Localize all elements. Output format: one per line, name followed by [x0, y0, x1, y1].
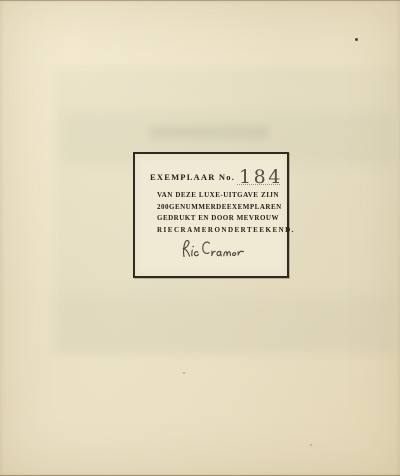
colophon-word: ONDERTEEKEND. [214, 226, 295, 238]
colophon-word: RIE [157, 226, 174, 238]
rie-cramer-signature [176, 237, 244, 263]
paper-speck [310, 444, 312, 446]
colophon-word: 200 [157, 203, 169, 215]
colophon-line: GEDRUKTENDOORMEVROUW [157, 214, 279, 226]
colophon-word: MEVROUW [237, 214, 279, 226]
number-dotted-line: 184 [237, 160, 280, 185]
scanned-book-page: EXEMPLAAR No. 184 VANDEZELUXE-UITGAVEZIJ… [0, 0, 400, 476]
colophon-word: EN [198, 214, 209, 226]
copy-number-stamp: 184 [239, 166, 283, 188]
colophon-box: EXEMPLAAR No. 184 VANDEZELUXE-UITGAVEZIJ… [133, 152, 289, 278]
colophon-text: VANDEZELUXE-UITGAVEZIJN200GENUMMERDEEXEM… [157, 191, 279, 237]
colophon-word: LUXE-UITGAVE [199, 191, 259, 203]
exemplaar-label: EXEMPLAAR No. [150, 172, 235, 185]
colophon-word: GEDRUKT [157, 214, 196, 226]
colophon-word: CRAMER [174, 226, 215, 238]
colophon-word: DOOR [211, 214, 234, 226]
colophon-line: 200GENUMMERDEEXEMPLAREN [157, 203, 279, 215]
colophon-word: VAN [157, 191, 173, 203]
colophon-line: VANDEZELUXE-UITGAVEZIJN [157, 191, 279, 203]
verso-showthrough-band [58, 296, 394, 352]
signature-drawing [176, 237, 244, 263]
colophon-word: ZIJN [261, 191, 279, 203]
page-top-edge [0, 0, 400, 1]
colophon-word: EXEMPLAREN [227, 203, 282, 215]
paper-speck [355, 38, 358, 41]
colophon-line: RIECRAMERONDERTEEKEND. [157, 226, 279, 238]
colophon-word: DEZE [175, 191, 196, 203]
colophon-word: GENUMMERDE [169, 203, 227, 215]
verso-showthrough-text-ghost [150, 126, 268, 139]
paper-speck [183, 372, 185, 374]
colophon-header: EXEMPLAAR No. 184 [150, 160, 280, 185]
